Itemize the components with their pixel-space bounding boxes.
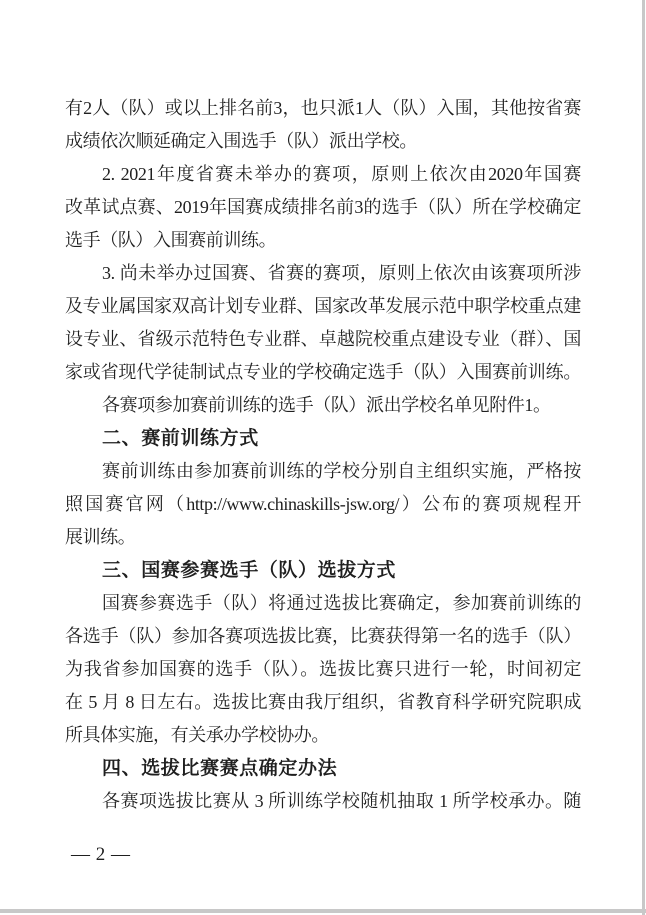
scan-edge-bottom [0,909,646,913]
paragraph-line: 家或省现代学徒制试点专业的学校确定选手（队）入围赛前训练。 [65,356,581,389]
paragraph-line: 国赛参赛选手（队）将通过选拔比赛确定，参加赛前训练的 [65,587,581,620]
paragraph-line: 有2人（队）或以上排名前3，也只派1人（队）入围，其他按省赛 [65,92,581,125]
paragraph-line: 设专业、省级示范特色专业群、卓越院校重点建设专业（群）、国 [65,323,581,356]
paragraph-line: 照国赛官网（http://www.chinaskills-jsw.org/）公布… [65,488,581,521]
page-number: — 2 — [71,840,131,870]
document-page: 有2人（队）或以上排名前3，也只派1人（队）入围，其他按省赛 成绩依次顺延确定入… [0,0,646,915]
paragraph-line: 赛前训练由参加赛前训练的学校分别自主组织实施，严格按 [65,455,581,488]
paragraph-line: 3. 尚未举办过国赛、省赛的赛项，原则上依次由该赛项所涉 [65,257,581,290]
paragraph-line: 为我省参加国赛的选手（队）。选拔比赛只进行一轮，时间初定 [65,653,581,686]
paragraph-line: 及专业属国家双高计划专业群、国家改革发展示范中职学校重点建 [65,290,581,323]
paragraph-line: 各选手（队）参加各赛项选拔比赛，比赛获得第一名的选手（队） [65,620,581,653]
paragraph-line: 在 5 月 8 日左右。选拔比赛由我厅组织，省教育科学研究院职成 [65,686,581,719]
paragraph-line: 选手（队）入围赛前训练。 [65,224,581,257]
document-body: 有2人（队）或以上排名前3，也只派1人（队）入围，其他按省赛 成绩依次顺延确定入… [65,92,581,818]
paragraph-line: 展训练。 [65,521,581,554]
paragraph-line: 成绩依次顺延确定入围选手（队）派出学校。 [65,125,581,158]
paragraph-line: 各赛项选拔比赛从 3 所训练学校随机抽取 1 所学校承办。随 [65,785,581,818]
paragraph-line: 改革试点赛、2019年国赛成绩排名前3的选手（队）所在学校确定 [65,191,581,224]
paragraph-line: 各赛项参加赛前训练的选手（队）派出学校名单见附件1。 [65,389,581,422]
section-heading-selection-method: 三、国赛参赛选手（队）选拔方式 [65,554,581,587]
paragraph-line: 所具体实施，有关承办学校协办。 [65,719,581,752]
scan-edge-right [642,0,645,915]
section-heading-venue-determination: 四、选拔比赛赛点确定办法 [65,752,581,785]
paragraph-line: 2. 2021年度省赛未举办的赛项，原则上依次由2020年国赛 [65,158,581,191]
section-heading-training-method: 二、赛前训练方式 [65,422,581,455]
